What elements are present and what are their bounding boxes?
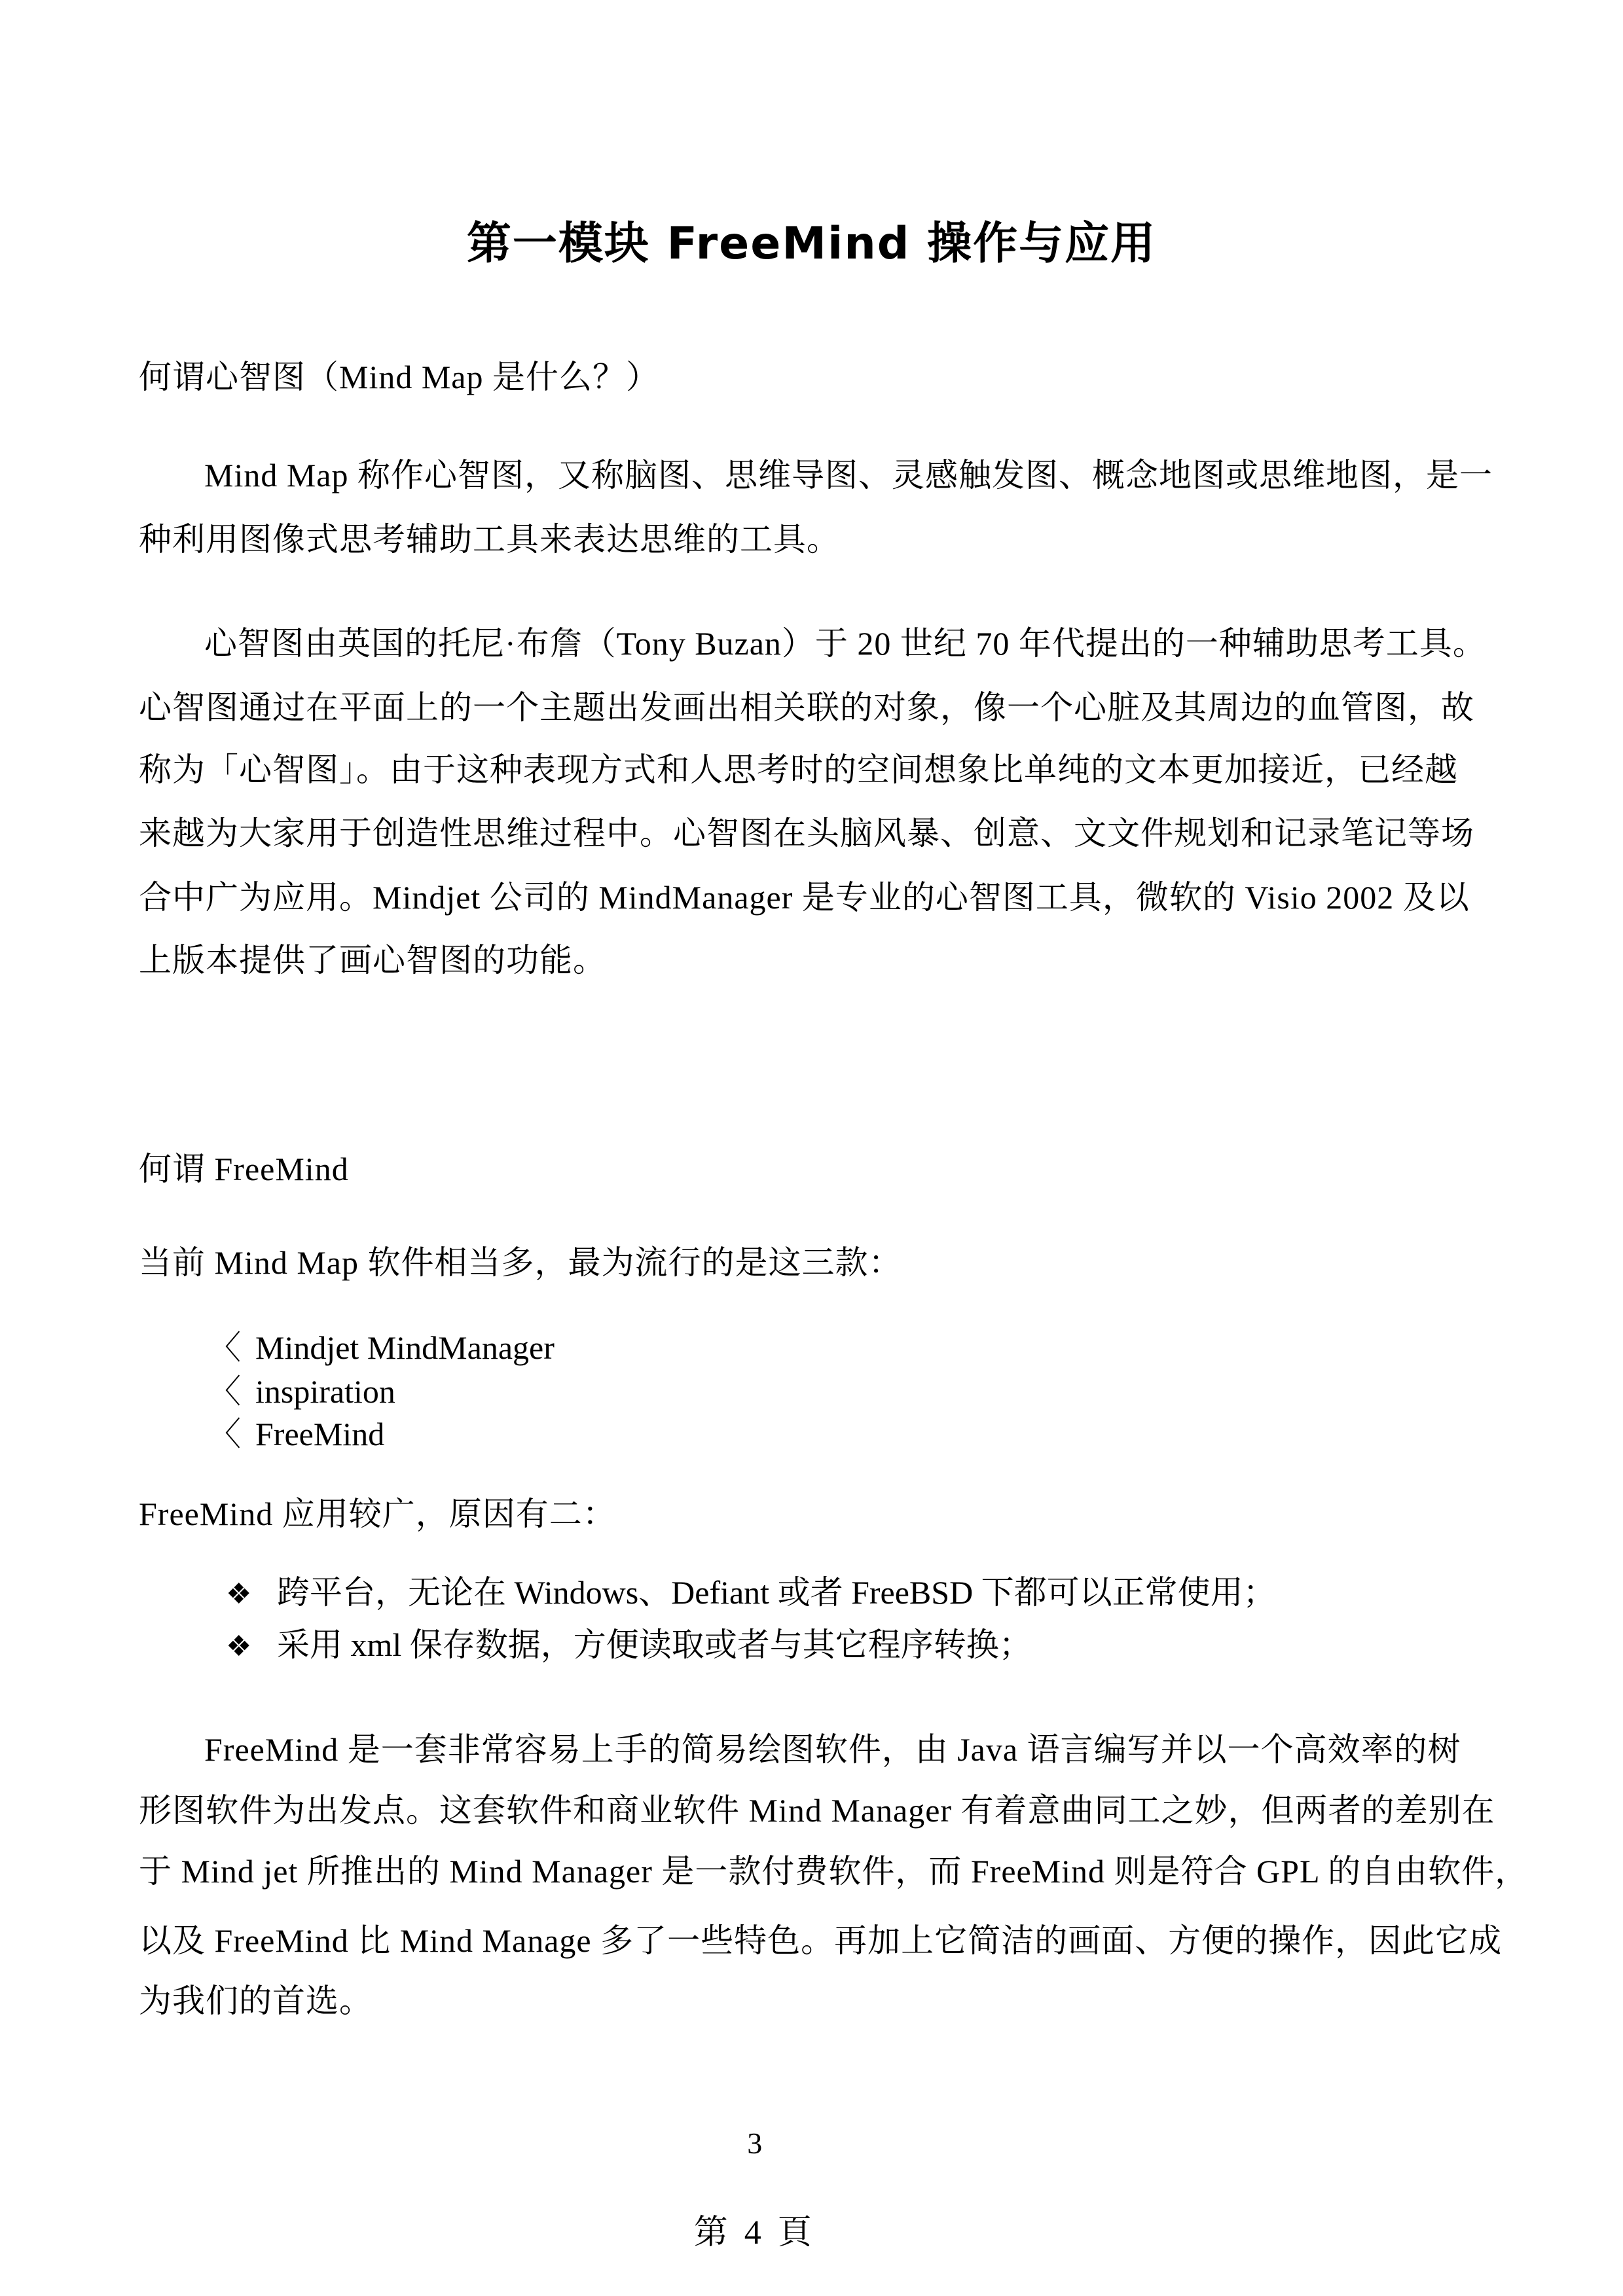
list-item: 〈 inspiration: [208, 1371, 395, 1412]
angle-bullet-icon: 〈: [208, 1414, 255, 1454]
list-item-label: inspiration: [255, 1371, 395, 1412]
list-item: 〈 FreeMind: [208, 1414, 384, 1454]
list-item: ❖ 采用 xml 保存数据，方便读取或者与其它程序转换；: [226, 1624, 1032, 1667]
footer-page-number: 3: [0, 2126, 1509, 2161]
diamond-bullet-icon: ❖: [226, 1574, 277, 1615]
list-item-label: 跨平台，无论在 Windows、Defiant 或者 FreeBSD 下都可以正…: [277, 1572, 1276, 1613]
paragraph-line: 心智图由英国的托尼·布詹（Tony Buzan）于 20 世纪 70 年代提出的…: [139, 623, 1486, 664]
paragraph-line: 以及 FreeMind 比 Mind Manage 多了一些特色。再加上它简洁的…: [139, 1920, 1502, 1961]
diamond-bullet-icon: ❖: [226, 1626, 277, 1667]
paragraph-line: 形图软件为出发点。这套软件和商业软件 Mind Manager 有着意曲同工之妙…: [139, 1790, 1495, 1831]
angle-bullet-icon: 〈: [208, 1327, 255, 1368]
paragraph-line: 合中广为应用。Mindjet 公司的 MindManager 是专业的心智图工具…: [139, 877, 1470, 918]
list-item: 〈 Mindjet MindManager: [208, 1327, 555, 1368]
paragraph-line: 种利用图像式思考辅助工具来表达思维的工具。: [139, 519, 840, 560]
paragraph-line: 心智图通过在平面上的一个主题出发画出相关联的对象，像一个心脏及其周边的血管图，故: [139, 687, 1474, 728]
reasons-intro: FreeMind 应用较广，原因有二：: [139, 1494, 616, 1534]
page-title: 第一模块 FreeMind 操作与应用: [0, 208, 1623, 272]
list-item-label: FreeMind: [255, 1414, 384, 1454]
section-heading-mindmap: 何谓心智图（Mind Map 是什么？）: [139, 357, 659, 397]
paragraph-line: FreeMind 是一套非常容易上手的简易绘图软件，由 Java 语言编写并以一…: [139, 1729, 1461, 1770]
paragraph-line: 上版本提供了画心智图的功能。: [139, 940, 606, 980]
list-intro: 当前 Mind Map 软件相当多，最为流行的是这三款：: [139, 1242, 902, 1283]
list-item-label: 采用 xml 保存数据，方便读取或者与其它程序转换；: [277, 1624, 1032, 1665]
paragraph-line: Mind Map 称作心智图，又称脑图、思维导图、灵感触发图、概念地图或思维地图…: [139, 455, 1493, 495]
footer-page-label: 第 4 頁: [0, 2204, 1509, 2253]
paragraph-line: 为我们的首选。: [139, 1981, 373, 2021]
document-page: 第一模块 FreeMind 操作与应用 何谓心智图（Mind Map 是什么？）…: [0, 0, 1623, 2296]
paragraph-line: 于 Mind jet 所推出的 Mind Manager 是一款付费软件，而 F…: [139, 1851, 1528, 1892]
section-heading-freemind: 何谓 FreeMind: [139, 1149, 349, 1189]
list-item-label: Mindjet MindManager: [255, 1327, 555, 1368]
paragraph-line: 称为「心智图」。由于这种表现方式和人思考时的空间想象比单纯的文本更加接近，已经越: [139, 749, 1458, 790]
paragraph-line: 来越为大家用于创造性思维过程中。心智图在头脑风暴、创意、文文件规划和记录笔记等场: [139, 813, 1474, 853]
angle-bullet-icon: 〈: [208, 1371, 255, 1412]
list-item: ❖ 跨平台，无论在 Windows、Defiant 或者 FreeBSD 下都可…: [226, 1572, 1276, 1615]
